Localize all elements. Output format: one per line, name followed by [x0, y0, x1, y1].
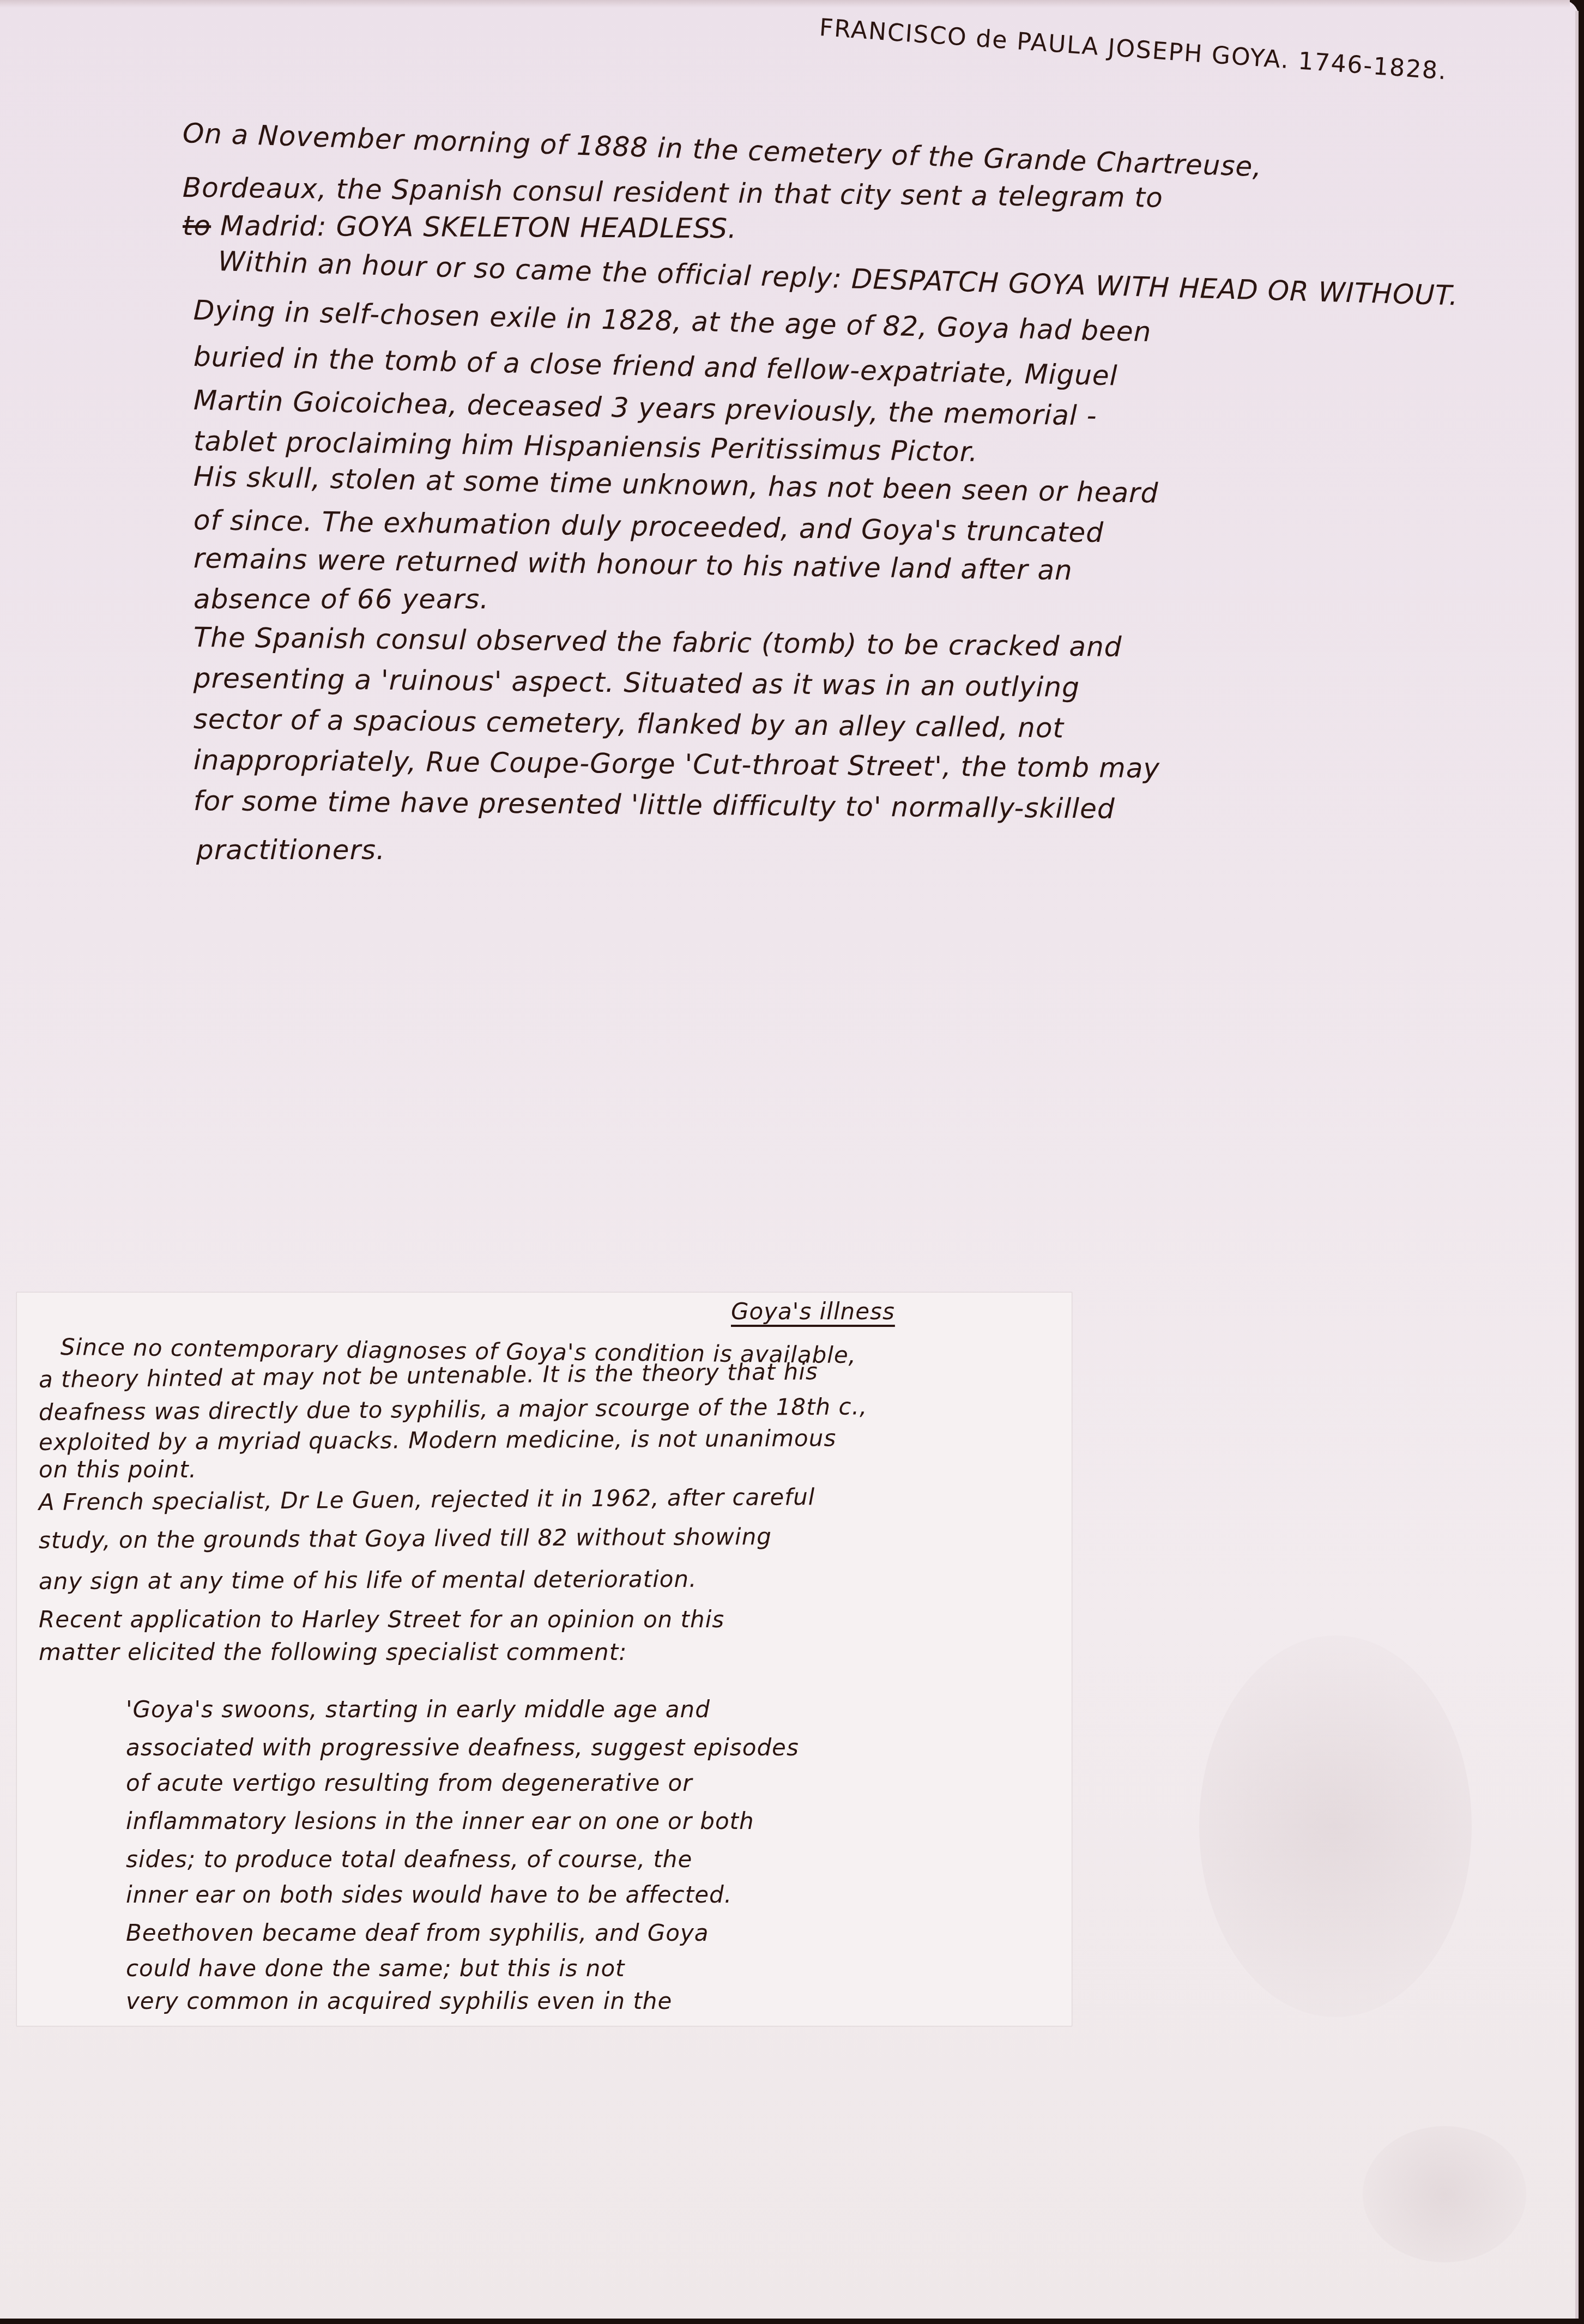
note-line: study, on the grounds that Goya lived ti… — [39, 1523, 772, 1554]
quote-line: of acute vertigo resulting from degenera… — [126, 1770, 692, 1796]
pasted-note-slip: Goya's illness Since no contemporary dia… — [16, 1292, 1072, 2026]
text-line: remains were returned with honour to his… — [194, 542, 1073, 587]
manuscript-page: FRANCISCO de PAULA JOSEPH GOYA. 1746-182… — [0, 0, 1579, 2319]
note-line: on this point. — [39, 1456, 197, 1483]
paper-stain — [1199, 1635, 1472, 2017]
quote-line: sides; to produce total deafness, of cou… — [126, 1846, 692, 1873]
text-line: buried in the tomb of a close friend and… — [193, 341, 1118, 392]
struck-word: to — [183, 210, 211, 242]
note-line: deafness was directly due to syphilis, a… — [39, 1393, 868, 1426]
text-line: presenting a 'ruinous' aspect. Situated … — [194, 662, 1080, 703]
text-line: practitioners. — [196, 834, 385, 866]
quote-line: 'Goya's swoons, starting in early middle… — [126, 1696, 710, 1723]
text-line: sector of a spacious cemetery, flanked b… — [194, 703, 1065, 744]
text-line: for some time have presented 'little dif… — [194, 785, 1115, 825]
note-line: a theory hinted at may not be untenable.… — [39, 1358, 818, 1393]
quote-line: could have done the same; but this is no… — [126, 1955, 625, 1982]
text-line: tablet proclaiming him Hispaniensis Peri… — [194, 425, 978, 468]
page-title: FRANCISCO de PAULA JOSEPH GOYA. 1746-182… — [818, 14, 1448, 85]
note-line: matter elicited the following specialist… — [39, 1639, 627, 1665]
page-top-edge — [0, 0, 1570, 8]
quote-line: very common in acquired syphilis even in… — [126, 1988, 672, 2014]
note-line: A French specialist, Dr Le Guen, rejecte… — [39, 1483, 815, 1516]
quote-line: Beethoven became deaf from syphilis, and… — [126, 1919, 709, 1946]
note-heading: Goya's illness — [731, 1298, 895, 1325]
text-line: His skull, stolen at some time unknown, … — [193, 461, 1158, 509]
note-line: exploited by a myriad quacks. Modern med… — [39, 1424, 836, 1456]
note-line: Recent application to Harley Street for … — [39, 1606, 724, 1633]
text-line: absence of 66 years. — [194, 583, 489, 615]
text-line: Dying in self-chosen exile in 1828, at t… — [193, 294, 1152, 348]
text-line: of since. The exhumation duly proceeded,… — [194, 504, 1104, 548]
text-line: Bordeaux, the Spanish consul resident in… — [183, 172, 1163, 214]
quote-line: associated with progressive deafness, su… — [126, 1734, 799, 1761]
quote-line: inner ear on both sides would have to be… — [126, 1881, 732, 1908]
text-line: to Madrid: GOYA SKELETON HEADLESS. — [183, 210, 737, 244]
text-line: The Spanish consul observed the fabric (… — [194, 621, 1122, 663]
page-right-edge — [1575, 11, 1579, 2319]
text-line: inappropriately, Rue Coupe-Gorge 'Cut-th… — [194, 744, 1160, 784]
text-line: Martin Goicoichea, deceased 3 years prev… — [193, 384, 1097, 432]
quote-line: inflammatory lesions in the inner ear on… — [126, 1808, 754, 1834]
note-line: any sign at any time of his life of ment… — [39, 1566, 697, 1595]
paper-stain — [1363, 2126, 1526, 2262]
